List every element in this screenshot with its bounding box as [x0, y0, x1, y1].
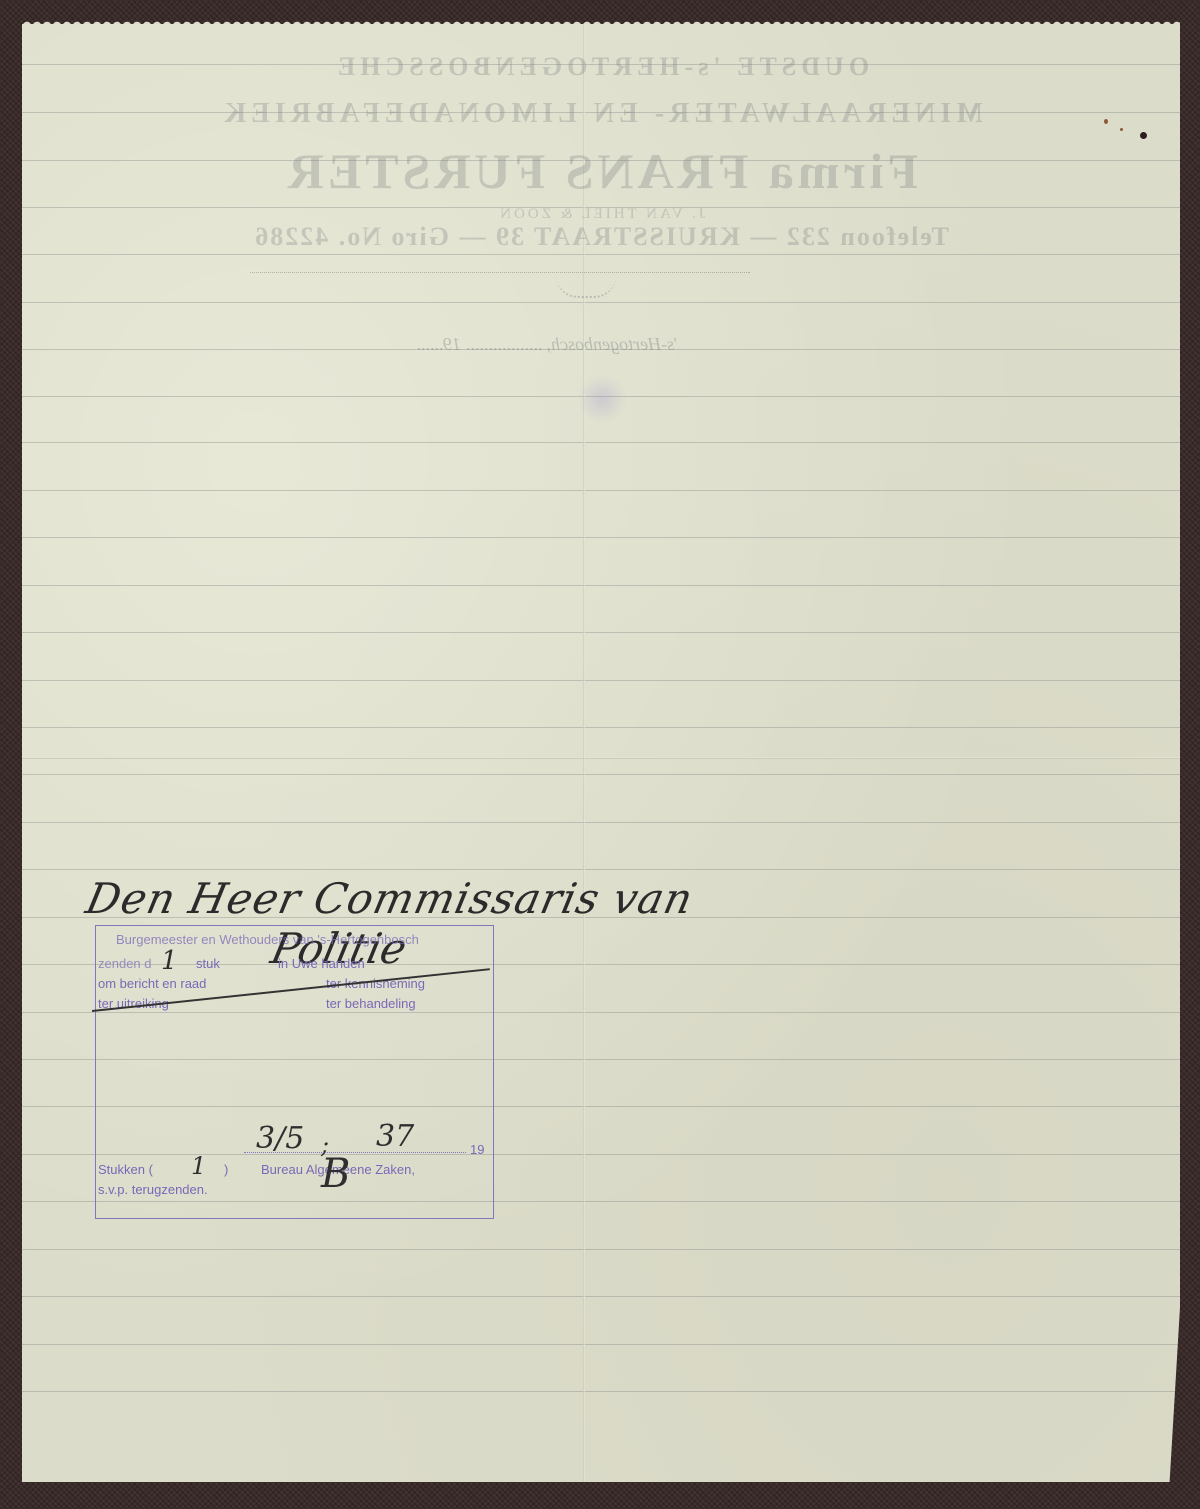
ruled-line: [22, 680, 1180, 681]
ruled-line: [22, 774, 1180, 775]
ruled-line: [22, 1344, 1180, 1345]
ruled-line: [22, 1249, 1180, 1250]
stamp-date-suffix: 19: [470, 1142, 484, 1157]
letterhead-line4: J. VAN THIEL & ZOON: [22, 206, 1180, 223]
stamp-date-dotted-line: [244, 1152, 466, 1153]
stamp-line2-right: in Uwe handen: [278, 956, 365, 971]
ruled-line: [22, 442, 1180, 443]
letterhead-line1: OUDSTE 's-HERTOGENBOSSCHE: [22, 52, 1180, 82]
rust-spot: [1120, 128, 1123, 131]
letterhead-ornament-icon: [556, 276, 616, 298]
horizontal-fold: [22, 757, 1180, 759]
stamp-option-handling: ter behandeling: [326, 996, 416, 1011]
document-page: OUDSTE 's-HERTOGENBOSSCHE MINERAALWATER-…: [22, 24, 1180, 1482]
ruled-line: [22, 1296, 1180, 1297]
letterhead-line2: MINERAALWATER- EN LIMONADEFABRIEK: [22, 98, 1180, 130]
stamp-line2-mid: stuk: [196, 956, 220, 971]
stamp-header: Burgemeester en Wethouders van 's-Hertog…: [116, 932, 419, 947]
ruled-line: [22, 632, 1180, 633]
handwritten-stukken-count: 1: [191, 1152, 206, 1180]
ink-bleed-mark: [577, 374, 627, 424]
ruled-line: [22, 254, 1180, 255]
letterhead-company-name: Firma FRANS FURSTER: [22, 142, 1180, 200]
ruled-line: [22, 490, 1180, 491]
stamp-option-advice: om bericht en raad: [98, 976, 206, 991]
stamp-stukken-close: ): [224, 1162, 228, 1177]
ruled-line: [22, 302, 1180, 303]
handwritten-addressee: Den Heer Commissaris van: [82, 874, 698, 923]
ruled-line: [22, 869, 1180, 870]
punch-hole-icon: [1140, 132, 1147, 139]
letterhead-divider: [250, 272, 750, 273]
ruled-line: [22, 1391, 1180, 1392]
stamp-line2-left: zenden d: [98, 956, 152, 971]
handwritten-date: 3/5: [256, 1121, 304, 1156]
rust-spot: [1104, 119, 1108, 124]
handwritten-initials: B: [321, 1151, 350, 1197]
routing-stamp: Burgemeester en Wethouders van 's-Hertog…: [95, 925, 494, 1219]
stamp-return-note: s.v.p. terugzenden.: [98, 1182, 208, 1197]
handwritten-stuk-count: 1: [161, 946, 178, 976]
stamp-stukken-label: Stukken (: [98, 1162, 153, 1177]
mirrored-date-line: 's-Hertogenbosch, ................. 19..…: [78, 334, 678, 355]
ruled-line: [22, 585, 1180, 586]
ruled-line: [22, 727, 1180, 728]
ruled-line: [22, 537, 1180, 538]
letterhead-contact-line: Telefoon 232 — KRUISSTRAAT 39 — Giro No.…: [22, 222, 1180, 252]
handwritten-year: 37: [376, 1119, 414, 1154]
ruled-line: [22, 822, 1180, 823]
